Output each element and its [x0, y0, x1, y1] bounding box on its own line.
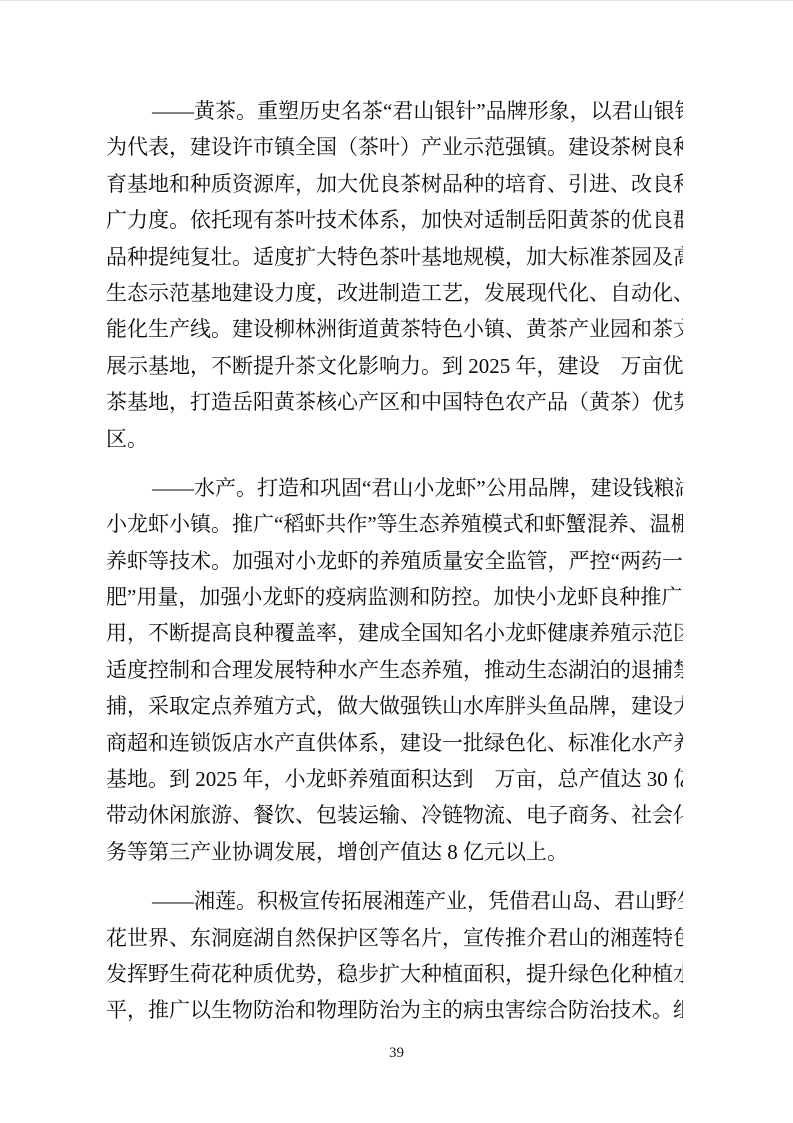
text-line: 带动休闲旅游、餐饮、包装运输、冷链物流、电子商务、社会化服 — [106, 797, 683, 833]
text-line: 为代表，建设许市镇全国（茶叶）产业示范强镇。建设茶树良种繁 — [106, 129, 683, 165]
text-line: 捕，采取定点养殖方式，做大做强铁山水库胖头鱼品牌，建设大型 — [106, 688, 683, 724]
text-line: ——水产。打造和巩固“君山小龙虾”公用品牌，建设钱粮湖 — [106, 470, 683, 506]
text-line: 肥”用量，加强小龙虾的疫病监测和防控。加快小龙虾良种推广应 — [106, 579, 683, 615]
text-line: 区。 — [106, 421, 683, 457]
text-line: ——湘莲。积极宣传拓展湘莲产业，凭借君山岛、君山野生荷 — [106, 883, 683, 919]
document-page: ——黄茶。重塑历史名茶“君山银针”品牌形象，以君山银针 为代表，建设许市镇全国（… — [0, 0, 793, 1123]
text-line: 养虾等技术。加强对小龙虾的养殖质量安全监管，严控“两药一 — [106, 543, 683, 579]
text-line: 茶基地，打造岳阳黄茶核心产区和中国特色农产品（黄茶）优势 — [106, 384, 683, 420]
text-line: 广力度。依托现有茶叶技术体系，加快对适制岳阳黄茶的优良群体 — [106, 202, 683, 238]
text-line: 生态示范基地建设力度，改进制造工艺，发展现代化、自动化、智 — [106, 275, 683, 311]
paragraph-yellow-tea: ——黄茶。重塑历史名茶“君山银针”品牌形象，以君山银针 为代表，建设许市镇全国（… — [106, 93, 683, 457]
text-line: ——黄茶。重塑历史名茶“君山银针”品牌形象，以君山银针 — [106, 93, 683, 129]
text-line: 能化生产线。建设柳林洲街道黄茶特色小镇、黄茶产业园和茶文化 — [106, 311, 683, 347]
text-line: 发挥野生荷花种质优势，稳步扩大种植面积，提升绿色化种植水 — [106, 956, 683, 992]
text-line: 育基地和种质资源库，加大优良茶树品种的培育、引进、改良和推 — [106, 166, 683, 202]
text-line: 展示基地，不断提升茶文化影响力。到 2025 年，建设 万亩优质黄 — [106, 348, 683, 384]
text-line: 平，推广以生物防治和物理防治为主的病虫害综合防治技术。组织 — [106, 992, 683, 1028]
page-number: 39 — [0, 1043, 793, 1063]
paragraph-aquaculture: ——水产。打造和巩固“君山小龙虾”公用品牌，建设钱粮湖 小龙虾小镇。推广“稻虾共… — [106, 470, 683, 870]
text-line: 适度控制和合理发展特种水产生态养殖，推动生态湖泊的退捕禁 — [106, 652, 683, 688]
text-line: 务等第三产业协调发展，增创产值达 8 亿元以上。 — [106, 834, 683, 870]
text-line: 品种提纯复壮。适度扩大特色茶叶基地规模，加大标准茶园及高效 — [106, 239, 683, 275]
paragraph-xiang-lotus: ——湘莲。积极宣传拓展湘莲产业，凭借君山岛、君山野生荷 花世界、东洞庭湖自然保护… — [106, 883, 683, 1029]
text-line: 小龙虾小镇。推广“稻虾共作”等生态养殖模式和虾蟹混养、温棚 — [106, 506, 683, 542]
page-text-content: ——黄茶。重塑历史名茶“君山银针”品牌形象，以君山银针 为代表，建设许市镇全国（… — [106, 93, 683, 1029]
text-line: 商超和连锁饭店水产直供体系，建设一批绿色化、标准化水产养殖 — [106, 725, 683, 761]
text-line: 用，不断提高良种覆盖率，建成全国知名小龙虾健康养殖示范区。 — [106, 615, 683, 651]
text-line: 基地。到 2025 年，小龙虾养殖面积达到 万亩，总产值达 30 亿元， — [106, 761, 683, 797]
text-line: 花世界、东洞庭湖自然保护区等名片，宣传推介君山的湘莲特色， — [106, 920, 683, 956]
